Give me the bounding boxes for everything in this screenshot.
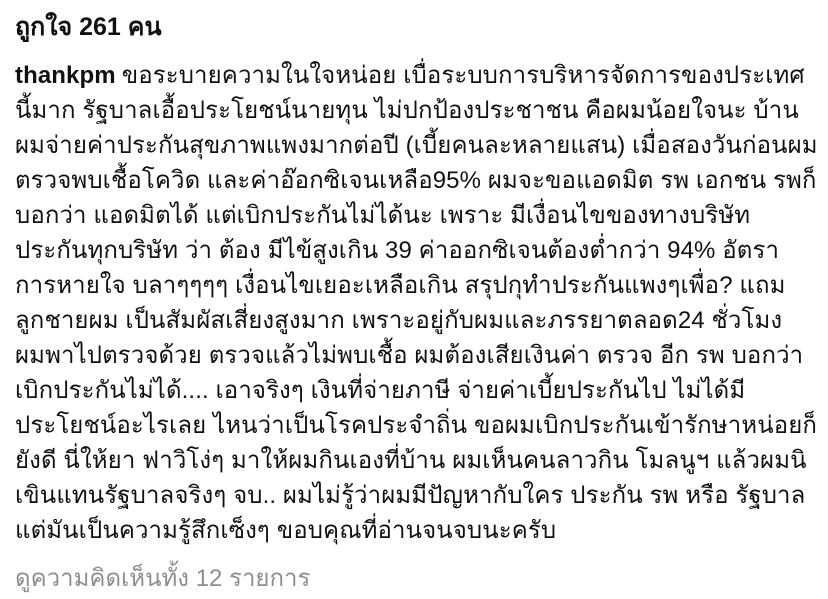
caption-text: ขอระบายความในใจหน่อย เบื่อระบบการบริหารจ… <box>15 62 818 544</box>
view-all-comments-link[interactable]: ดูความคิดเห็นทั้ง 12 รายการ <box>15 561 818 596</box>
post-caption-section: ถูกใจ 261 คน thankpmขอระบายความในใจหน่อย… <box>0 0 828 596</box>
likes-count-label[interactable]: ถูกใจ 261 คน <box>15 10 818 44</box>
username-link[interactable]: thankpm <box>15 62 116 89</box>
post-caption: thankpmขอระบายความในใจหน่อย เบื่อระบบการ… <box>15 58 818 548</box>
